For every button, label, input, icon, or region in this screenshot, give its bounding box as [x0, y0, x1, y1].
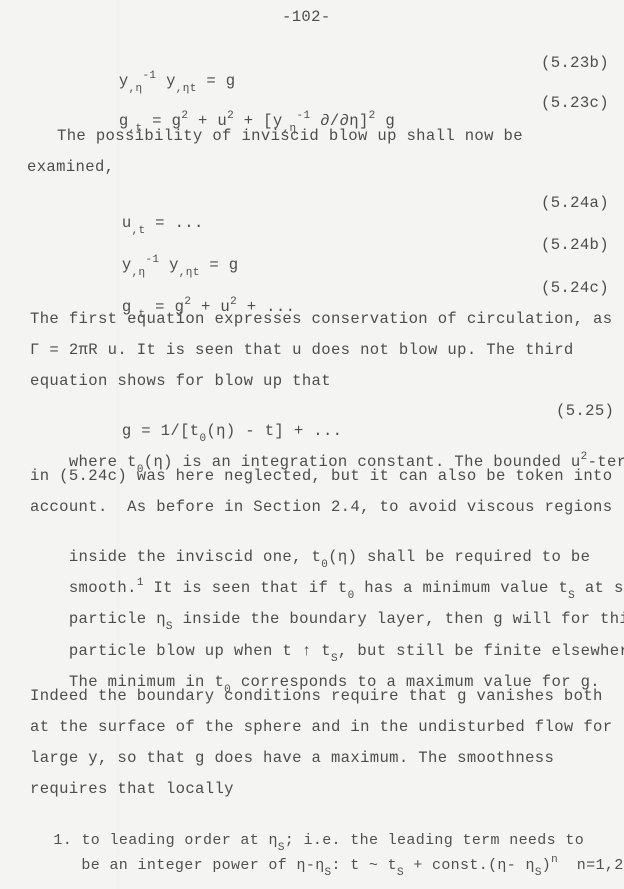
text-line: account. As before in Section 2.4, to av…: [30, 498, 612, 516]
equation-label: (5.24b): [541, 236, 609, 254]
text-line: The first equation expresses conservatio…: [30, 310, 612, 328]
text-line: Indeed the boundary conditions require t…: [30, 687, 603, 705]
equation-label: (5.24a): [541, 194, 609, 212]
equation-label: (5.23b): [541, 54, 609, 72]
text-line: in (5.24c) was here neglected, but it ca…: [30, 467, 612, 485]
footnote-line: be an integer power of η-ηS: t ~ tS + co…: [44, 839, 624, 889]
equation-label: (5.23c): [541, 94, 609, 112]
equation-label: (5.25): [556, 402, 614, 420]
footnote-marker: 1: [137, 577, 144, 589]
text-line: equation shows for blow up that: [30, 372, 331, 390]
page-number: -102-: [282, 8, 331, 26]
text-line: large y, so that g does have a maximum. …: [30, 749, 554, 767]
document-page: -102- y,η-1 y,ηt = g (5.23b) g,t = g2 + …: [0, 0, 624, 889]
equation-label: (5.24c): [541, 279, 609, 297]
text-line: The possibility of inviscid blow up shal…: [57, 127, 523, 145]
text-line: examined,: [27, 158, 114, 176]
text-line: requires that locally: [30, 780, 234, 798]
text-line: Γ = 2πR u. It is seen that u does not bl…: [30, 341, 574, 359]
text-line: at the surface of the sphere and in the …: [30, 718, 612, 736]
